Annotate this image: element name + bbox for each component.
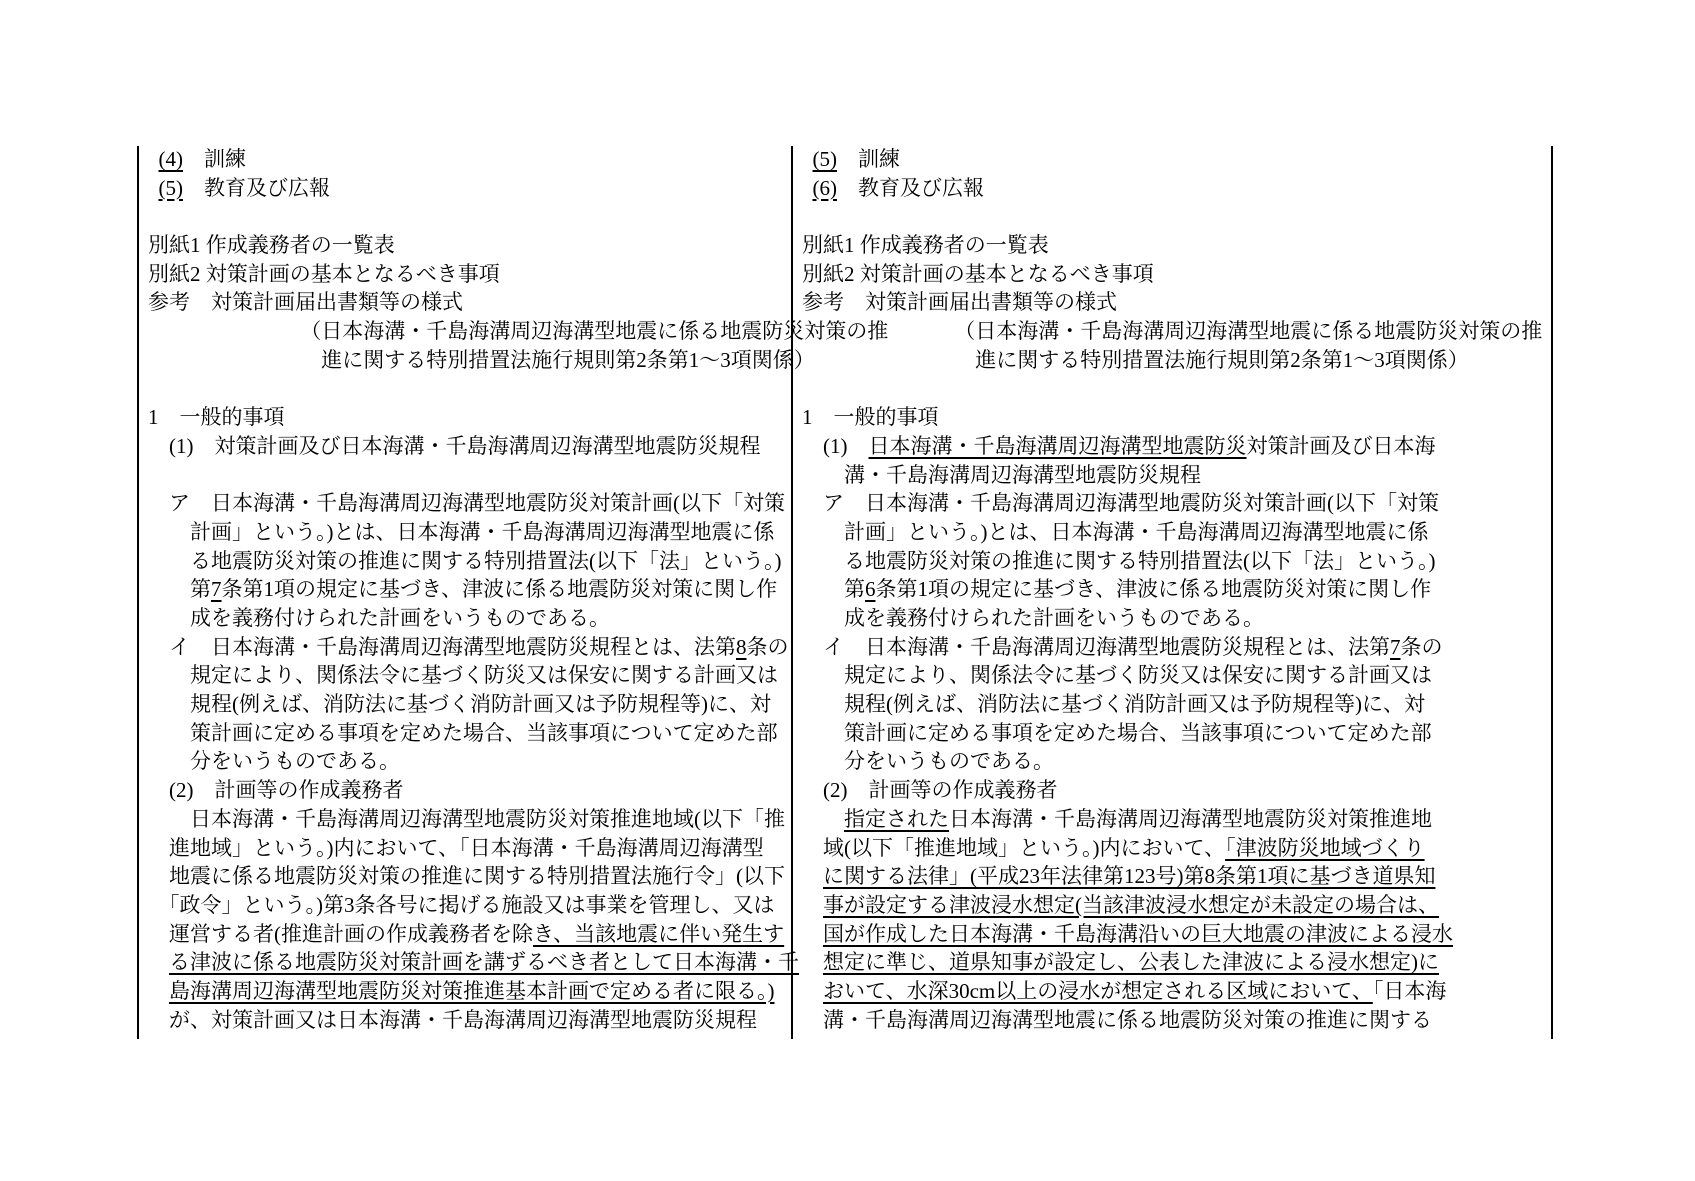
text-segment xyxy=(148,147,159,171)
text-line: 進に関する特別措置法施行規則第2条第1～3項関係） xyxy=(148,346,788,375)
underlined-changed-text: 事が設定する津波浸水想定(当該津波浸水想定が未設定の場合は、 xyxy=(823,893,1439,917)
text-segment: 規定により、関係法令に基づく防災又は保安に関する計画又は xyxy=(148,663,778,687)
table-column-divider xyxy=(791,146,793,1039)
text-segment: 地震に係る地震防災対策の推進に関する特別措置法施行令」(以下 xyxy=(148,864,785,888)
underlined-changed-text: 6 xyxy=(865,577,876,601)
text-line: る地震防災対策の推進に関する特別措置法(以下「法」という。) xyxy=(148,547,788,576)
underlined-changed-text: 指定された xyxy=(844,807,949,831)
text-line: 溝・千島海溝周辺海溝型地震に係る地震防災対策の推進に関する xyxy=(802,1006,1548,1035)
text-line: 策計画に定める事項を定めた場合、当該事項について定めた部 xyxy=(148,719,788,748)
text-line: (2) 計画等の作成義務者 xyxy=(802,776,1548,805)
text-segment: 対策計画及び日本海 xyxy=(1247,434,1436,458)
text-line: 想定に準じ、道県知事が設定し、公表した津波による浸水想定)に xyxy=(802,948,1548,977)
text-segment: る地震防災対策の推進に関する特別措置法(以下「法」という。) xyxy=(148,549,781,573)
text-line: イ 日本海溝・千島海溝周辺海溝型地震防災規程とは、法第7条の xyxy=(802,633,1548,662)
text-segment: （日本海溝・千島海溝周辺海溝型地震に係る地震防災対策の推 xyxy=(148,319,888,343)
text-line: (1) 対策計画及び日本海溝・千島海溝周辺海溝型地震防災規程 xyxy=(148,432,788,461)
text-line: 島海溝周辺海溝型地震防災対策推進基本計画で定める者に限る。) xyxy=(148,977,788,1006)
underlined-changed-text: 7 xyxy=(211,577,222,601)
text-line: 1 一般的事項 xyxy=(148,403,788,432)
table-right-border xyxy=(1551,146,1553,1039)
text-segment xyxy=(148,950,169,974)
underlined-changed-text: 7 xyxy=(1390,635,1401,659)
text-segment: 別紙1 作成義務者の一覧表 xyxy=(148,233,395,257)
text-line: 規定により、関係法令に基づく防災又は保安に関する計画又は xyxy=(802,661,1548,690)
text-line xyxy=(148,461,788,490)
text-segment: 第 xyxy=(148,577,211,601)
text-line: 別紙2 対策計画の基本となるべき事項 xyxy=(802,260,1548,289)
text-line: 規程(例えば、消防法に基づく消防計画又は予防規程等)に、対 xyxy=(148,690,788,719)
text-line: 規程(例えば、消防法に基づく消防計画又は予防規程等)に、対 xyxy=(802,690,1548,719)
text-line: 指定された日本海溝・千島海溝周辺海溝型地震防災対策推進地 xyxy=(802,805,1548,834)
text-line: 第7条第1項の規定に基づき、津波に係る地震防災対策に関し作 xyxy=(148,575,788,604)
text-segment: 参考 対策計画届出書類等の様式 xyxy=(802,290,1117,314)
text-segment: 溝・千島海溝周辺海溝型地震に係る地震防災対策の推進に関する xyxy=(802,1008,1432,1032)
text-line: イ 日本海溝・千島海溝周辺海溝型地震防災規程とは、法第8条の xyxy=(148,633,788,662)
underlined-changed-text: る津波に係る地震防災対策計画を講ずるべき者として日本海溝・千 xyxy=(169,950,799,974)
text-segment xyxy=(802,147,813,171)
text-segment xyxy=(148,176,159,200)
text-segment: 進地域」という。)内において、「日本海溝・千島海溝周辺海溝型 xyxy=(148,836,764,860)
text-segment: 日本海溝・千島海溝周辺海溝型地震防災対策推進地域(以下「推 xyxy=(148,807,785,831)
text-line xyxy=(802,202,1548,231)
text-segment: 条の xyxy=(747,635,789,659)
text-line xyxy=(148,375,788,404)
text-line: 日本海溝・千島海溝周辺海溝型地震防災対策推進地域(以下「推 xyxy=(148,805,788,834)
text-segment: 規程(例えば、消防法に基づく消防計画又は予防規程等)に、対 xyxy=(148,692,771,716)
text-line: 運営する者(推進計画の作成義務者を除き、当該地震に伴い発生す xyxy=(148,920,788,949)
text-segment: 教育及び広報 xyxy=(837,176,984,200)
text-segment: 規定により、関係法令に基づく防災又は保安に関する計画又は xyxy=(802,663,1432,687)
text-segment: (2) 計画等の作成義務者 xyxy=(802,778,1058,802)
text-line: る津波に係る地震防災対策計画を講ずるべき者として日本海溝・千 xyxy=(148,948,788,977)
text-segment: 教育及び広報 xyxy=(183,176,330,200)
text-line: 国が作成した日本海溝・千島海溝沿いの巨大地震の津波による浸水 xyxy=(802,920,1548,949)
text-segment: 条第1項の規定に基づき、津波に係る地震防災対策に関し作 xyxy=(876,577,1432,601)
text-line: (1) 日本海溝・千島海溝周辺海溝型地震防災対策計画及び日本海 xyxy=(802,432,1548,461)
text-segment xyxy=(802,807,844,831)
text-line: 地震に係る地震防災対策の推進に関する特別措置法施行令」(以下 xyxy=(148,862,788,891)
text-segment: 別紙2 対策計画の基本となるべき事項 xyxy=(802,262,1154,286)
text-segment: 成を義務付けられた計画をいうものである。 xyxy=(802,606,1264,630)
text-segment: ア 日本海溝・千島海溝周辺海溝型地震防災対策計画(以下「対策 xyxy=(802,491,1439,515)
text-segment: 1 一般的事項 xyxy=(148,405,285,429)
text-line: ア 日本海溝・千島海溝周辺海溝型地震防災対策計画(以下「対策 xyxy=(802,489,1548,518)
text-line: 計画」という。)とは、日本海溝・千島海溝周辺海溝型地震に係 xyxy=(148,518,788,547)
text-segment: 「日本海 xyxy=(1373,979,1447,1003)
underlined-changed-text: 島海溝周辺海溝型地震防災対策推進基本計画で定める者に限る。) xyxy=(169,979,775,1003)
underlined-changed-text: き、当該地震に伴い発生す xyxy=(533,922,784,946)
text-line: (4) 訓練 xyxy=(148,145,788,174)
text-segment: 別紙2 対策計画の基本となるべき事項 xyxy=(148,262,500,286)
text-line: が、対策計画又は日本海溝・千島海溝周辺海溝型地震防災規程 xyxy=(148,1006,788,1035)
text-segment xyxy=(802,979,823,1003)
text-line: おいて、水深30cm以上の浸水が想定される区域において、「日本海 xyxy=(802,977,1548,1006)
text-line: 1 一般的事項 xyxy=(802,403,1548,432)
column-right-text: (5) 訓練 (6) 教育及び広報 別紙1 作成義務者の一覧表別紙2 対策計画の… xyxy=(802,145,1548,1034)
text-line: 事が設定する津波浸水想定(当該津波浸水想定が未設定の場合は、 xyxy=(802,891,1548,920)
text-segment xyxy=(802,922,823,946)
text-line: 策計画に定める事項を定めた場合、当該事項について定めた部 xyxy=(802,719,1548,748)
text-segment: 訓練 xyxy=(183,147,246,171)
text-segment: 第 xyxy=(802,577,865,601)
text-line: 進地域」という。)内において、「日本海溝・千島海溝周辺海溝型 xyxy=(148,834,788,863)
text-line xyxy=(802,375,1548,404)
text-line: （日本海溝・千島海溝周辺海溝型地震に係る地震防災対策の推 xyxy=(802,317,1548,346)
text-line: 域(以下「推進地域」という。)内において、「津波防災地域づくり xyxy=(802,834,1548,863)
text-line: 参考 対策計画届出書類等の様式 xyxy=(148,288,788,317)
text-line: 別紙2 対策計画の基本となるべき事項 xyxy=(148,260,788,289)
text-segment: ア 日本海溝・千島海溝周辺海溝型地震防災対策計画(以下「対策 xyxy=(148,491,785,515)
text-line: 計画」という。)とは、日本海溝・千島海溝周辺海溝型地震に係 xyxy=(802,518,1548,547)
text-line: 成を義務付けられた計画をいうものである。 xyxy=(148,604,788,633)
text-segment: 策計画に定める事項を定めた場合、当該事項について定めた部 xyxy=(802,721,1432,745)
underlined-changed-text: 国が作成した日本海溝・千島海溝沿いの巨大地震の津波による浸水 xyxy=(823,922,1453,946)
underlined-changed-text: 「津波防災地域づくり xyxy=(1225,836,1425,860)
text-segment xyxy=(802,864,823,888)
text-segment: 成を義務付けられた計画をいうものである。 xyxy=(148,606,610,630)
text-segment: (2) 計画等の作成義務者 xyxy=(148,778,404,802)
text-segment: 運営する者(推進計画の作成義務者を除 xyxy=(148,922,533,946)
text-segment: 域(以下「推進地域」という。)内において、 xyxy=(802,836,1225,860)
table-left-border xyxy=(137,146,139,1039)
text-segment xyxy=(148,979,169,1003)
underlined-changed-text: 想定に準じ、道県知事が設定し、公表した津波による浸水想定)に xyxy=(823,950,1439,974)
text-segment: (1) xyxy=(802,434,869,458)
text-line xyxy=(148,202,788,231)
text-line: 溝・千島海溝周辺海溝型地震防災規程 xyxy=(802,461,1548,490)
text-segment: 条第1項の規定に基づき、津波に係る地震防災対策に関し作 xyxy=(222,577,778,601)
text-segment: 1 一般的事項 xyxy=(802,405,939,429)
text-line: 規定により、関係法令に基づく防災又は保安に関する計画又は xyxy=(148,661,788,690)
text-segment: が、対策計画又は日本海溝・千島海溝周辺海溝型地震防災規程 xyxy=(148,1008,757,1032)
text-line: (5) 訓練 xyxy=(802,145,1548,174)
text-line: 別紙1 作成義務者の一覧表 xyxy=(148,231,788,260)
text-segment: （日本海溝・千島海溝周辺海溝型地震に係る地震防災対策の推 xyxy=(802,319,1542,343)
text-segment: 条の xyxy=(1401,635,1443,659)
underlined-changed-text: (4) xyxy=(159,147,184,171)
text-segment: 進に関する特別措置法施行規則第2条第1～3項関係） xyxy=(148,348,815,372)
underlined-changed-text: に関する法律」(平成23年法律第123号)第8条第1項に基づき道県知 xyxy=(823,864,1435,888)
text-segment: る地震防災対策の推進に関する特別措置法(以下「法」という。) xyxy=(802,549,1435,573)
text-line: ア 日本海溝・千島海溝周辺海溝型地震防災対策計画(以下「対策 xyxy=(148,489,788,518)
text-line: （日本海溝・千島海溝周辺海溝型地震に係る地震防災対策の推 xyxy=(148,317,788,346)
text-line: る地震防災対策の推進に関する特別措置法(以下「法」という。) xyxy=(802,547,1548,576)
text-line: に関する法律」(平成23年法律第123号)第8条第1項に基づき道県知 xyxy=(802,862,1548,891)
column-left-text: (4) 訓練 (5) 教育及び広報 別紙1 作成義務者の一覧表別紙2 対策計画の… xyxy=(148,145,788,1034)
underlined-changed-text: 8 xyxy=(736,635,747,659)
text-line: 第6条第1項の規定に基づき、津波に係る地震防災対策に関し作 xyxy=(802,575,1548,604)
text-segment: 日本海溝・千島海溝周辺海溝型地震防災対策推進地 xyxy=(949,807,1432,831)
text-segment: 規程(例えば、消防法に基づく消防計画又は予防規程等)に、対 xyxy=(802,692,1425,716)
text-segment xyxy=(802,176,813,200)
underlined-changed-text: 日本海溝・千島海溝周辺海溝型地震防災 xyxy=(869,434,1247,458)
text-segment: イ 日本海溝・千島海溝周辺海溝型地震防災規程とは、法第 xyxy=(802,635,1390,659)
text-segment: 策計画に定める事項を定めた場合、当該事項について定めた部 xyxy=(148,721,778,745)
text-line: 分をいうものである。 xyxy=(148,747,788,776)
text-segment: 分をいうものである。 xyxy=(148,749,400,773)
text-line: (2) 計画等の作成義務者 xyxy=(148,776,788,805)
text-segment: (1) 対策計画及び日本海溝・千島海溝周辺海溝型地震防災規程 xyxy=(148,434,760,458)
text-segment: 進に関する特別措置法施行規則第2条第1～3項関係） xyxy=(802,348,1469,372)
comparison-document-page: (4) 訓練 (5) 教育及び広報 別紙1 作成義務者の一覧表別紙2 対策計画の… xyxy=(0,0,1695,1181)
text-segment: イ 日本海溝・千島海溝周辺海溝型地震防災規程とは、法第 xyxy=(148,635,736,659)
text-segment: 別紙1 作成義務者の一覧表 xyxy=(802,233,1049,257)
underlined-changed-text: (5) xyxy=(159,176,184,200)
text-line: 成を義務付けられた計画をいうものである。 xyxy=(802,604,1548,633)
text-segment xyxy=(802,950,823,974)
text-line: 別紙1 作成義務者の一覧表 xyxy=(802,231,1548,260)
text-segment: 訓練 xyxy=(837,147,900,171)
text-line: (5) 教育及び広報 xyxy=(148,174,788,203)
text-line: 分をいうものである。 xyxy=(802,747,1548,776)
underlined-changed-text: (5) xyxy=(813,147,838,171)
text-segment: 溝・千島海溝周辺海溝型地震防災規程 xyxy=(802,463,1201,487)
text-line: 進に関する特別措置法施行規則第2条第1～3項関係） xyxy=(802,346,1548,375)
text-line: 参考 対策計画届出書類等の様式 xyxy=(802,288,1548,317)
underlined-changed-text: おいて、水深30cm以上の浸水が想定される区域において、 xyxy=(823,979,1373,1003)
text-segment: 分をいうものである。 xyxy=(802,749,1054,773)
underlined-changed-text: (6) xyxy=(813,176,838,200)
text-line: 「政令」という。)第3条各号に掲げる施設又は事業を管理し、又は xyxy=(148,891,788,920)
text-segment: 計画」という。)とは、日本海溝・千島海溝周辺海溝型地震に係 xyxy=(802,520,1429,544)
text-line: (6) 教育及び広報 xyxy=(802,174,1548,203)
text-segment: 「政令」という。)第3条各号に掲げる施設又は事業を管理し、又は xyxy=(148,893,775,917)
text-segment: 参考 対策計画届出書類等の様式 xyxy=(148,290,463,314)
text-segment xyxy=(802,893,823,917)
text-segment: 計画」という。)とは、日本海溝・千島海溝周辺海溝型地震に係 xyxy=(148,520,775,544)
